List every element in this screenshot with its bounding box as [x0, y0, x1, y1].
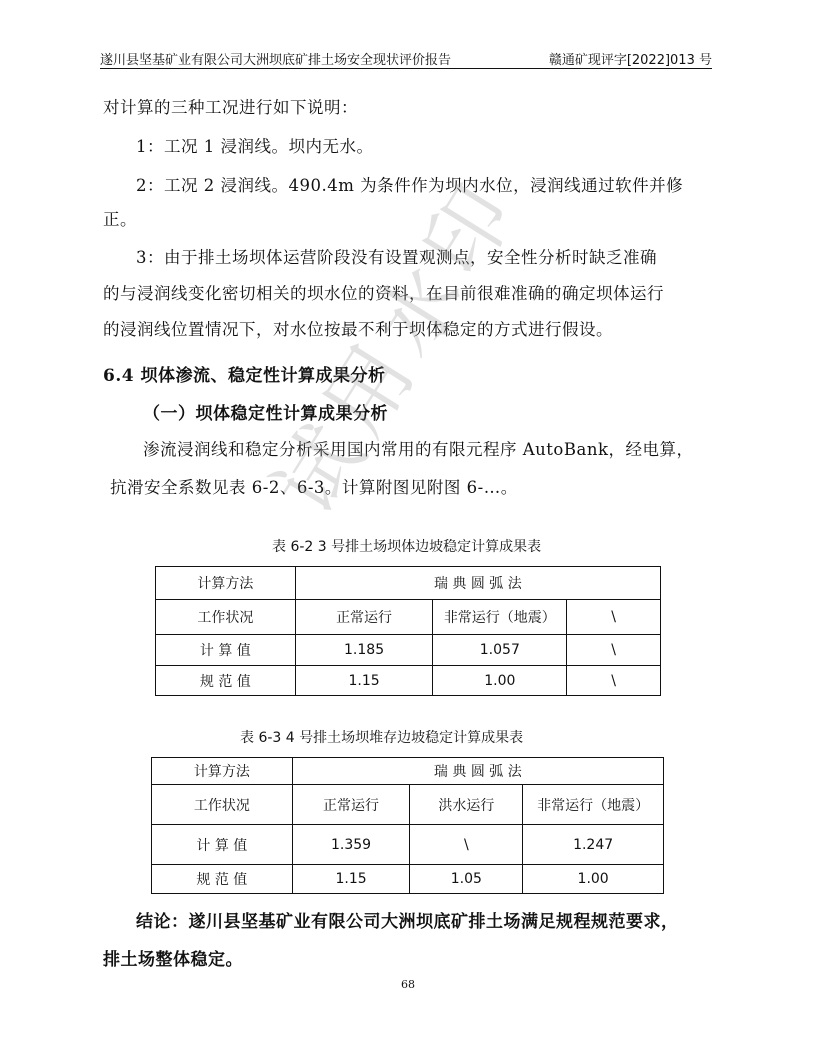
conclusion-line-2: 排土场整体稳定。: [103, 945, 243, 970]
item-2-line-2: 正。: [103, 206, 137, 230]
table-cell: 1.247: [523, 825, 664, 865]
page-number: 68: [0, 978, 816, 991]
paragraph-line-1: 渗流浸润线和稳定分析采用国内常用的有限元程序 AutoBank，经电算，: [143, 436, 693, 460]
table-cell: 计 算 值: [156, 635, 296, 666]
table-cell: 瑞 典 圆 弧 法: [292, 758, 663, 785]
report-title: 遂川县坚基矿业有限公司大洲坝底矿排土场安全现状评价报告: [100, 49, 451, 68]
table-cell: 瑞 典 圆 弧 法: [295, 567, 660, 600]
table-row: 规 范 值 1.15 1.05 1.00: [152, 865, 664, 894]
table-cell: 1.00: [433, 666, 567, 696]
table-cell: \: [410, 825, 523, 865]
item-3-line-1: 3：由于排土场坝体运营阶段没有设置观测点，安全性分析时缺乏准确: [136, 244, 657, 268]
table-cell: 工作状况: [152, 785, 293, 825]
table-row: 计算方法 瑞 典 圆 弧 法: [156, 567, 661, 600]
item-2-line-1: 2：工况 2 浸润线。490.4m 为条件作为坝内水位，浸润线通过软件并修: [136, 172, 683, 196]
table-cell: 1.05: [410, 865, 523, 894]
table-cell: 1.15: [292, 865, 410, 894]
page-header: 遂川县坚基矿业有限公司大洲坝底矿排土场安全现状评价报告 赣通矿现评字[2022]…: [100, 46, 712, 69]
document-number: 赣通矿现评字[2022]013 号: [549, 49, 712, 68]
table-cell: 1.359: [292, 825, 410, 865]
table-row: 工作状况 正常运行 非常运行（地震） \: [156, 600, 661, 635]
table-cell: 计算方法: [152, 758, 293, 785]
table-cell: 非常运行（地震）: [523, 785, 664, 825]
section-heading: 6.4 坝体渗流、稳定性计算成果分析: [103, 361, 386, 386]
item-3-line-2: 的与浸润线变化密切相关的坝水位的资料，在目前很难准确的确定坝体运行: [103, 280, 664, 304]
table-6-3-caption: 表 6-3 4 号排土场坝堆存边坡稳定计算成果表: [240, 727, 523, 747]
table-row: 计 算 值 1.359 \ 1.247: [152, 825, 664, 865]
table-row: 计 算 值 1.185 1.057 \: [156, 635, 661, 666]
table-6-3: 计算方法 瑞 典 圆 弧 法 工作状况 正常运行 洪水运行 非常运行（地震） 计…: [151, 757, 664, 894]
table-cell: 1.057: [433, 635, 567, 666]
table-row: 计算方法 瑞 典 圆 弧 法: [152, 758, 664, 785]
table-cell: 非常运行（地震）: [433, 600, 567, 635]
table-cell: \: [567, 635, 661, 666]
subsection-heading: （一）坝体稳定性计算成果分析: [143, 399, 388, 424]
table-cell: 洪水运行: [410, 785, 523, 825]
intro-text: 对计算的三种工况进行如下说明：: [103, 94, 358, 118]
table-cell: 规 范 值: [152, 865, 293, 894]
table-cell: 正常运行: [295, 600, 433, 635]
conclusion-line-1: 结论：遂川县坚基矿业有限公司大洲坝底矿排土场满足规程规范要求，: [136, 907, 679, 932]
table-cell: \: [567, 666, 661, 696]
table-cell: 1.185: [295, 635, 433, 666]
table-cell: 1.00: [523, 865, 664, 894]
table-cell: 工作状况: [156, 600, 296, 635]
table-row: 工作状况 正常运行 洪水运行 非常运行（地震）: [152, 785, 664, 825]
table-6-2: 计算方法 瑞 典 圆 弧 法 工作状况 正常运行 非常运行（地震） \ 计 算 …: [155, 566, 661, 696]
table-cell: 1.15: [295, 666, 433, 696]
item-3-line-3: 的浸润线位置情况下，对水位按最不利于坝体稳定的方式进行假设。: [103, 316, 613, 340]
table-6-2-caption: 表 6-2 3 号排土场坝体边坡稳定计算成果表: [272, 536, 541, 556]
table-cell: 正常运行: [292, 785, 410, 825]
document-page: 遂川县坚基矿业有限公司大洲坝底矿排土场安全现状评价报告 赣通矿现评字[2022]…: [0, 0, 816, 1056]
table-row: 规 范 值 1.15 1.00 \: [156, 666, 661, 696]
paragraph-line-2: 抗滑安全系数见表 6-2、6-3。计算附图见附图 6-…。: [110, 474, 518, 498]
table-cell: 规 范 值: [156, 666, 296, 696]
item-1: 1：工况 1 浸润线。坝内无水。: [136, 133, 374, 157]
table-cell: \: [567, 600, 661, 635]
table-cell: 计 算 值: [152, 825, 293, 865]
table-cell: 计算方法: [156, 567, 296, 600]
